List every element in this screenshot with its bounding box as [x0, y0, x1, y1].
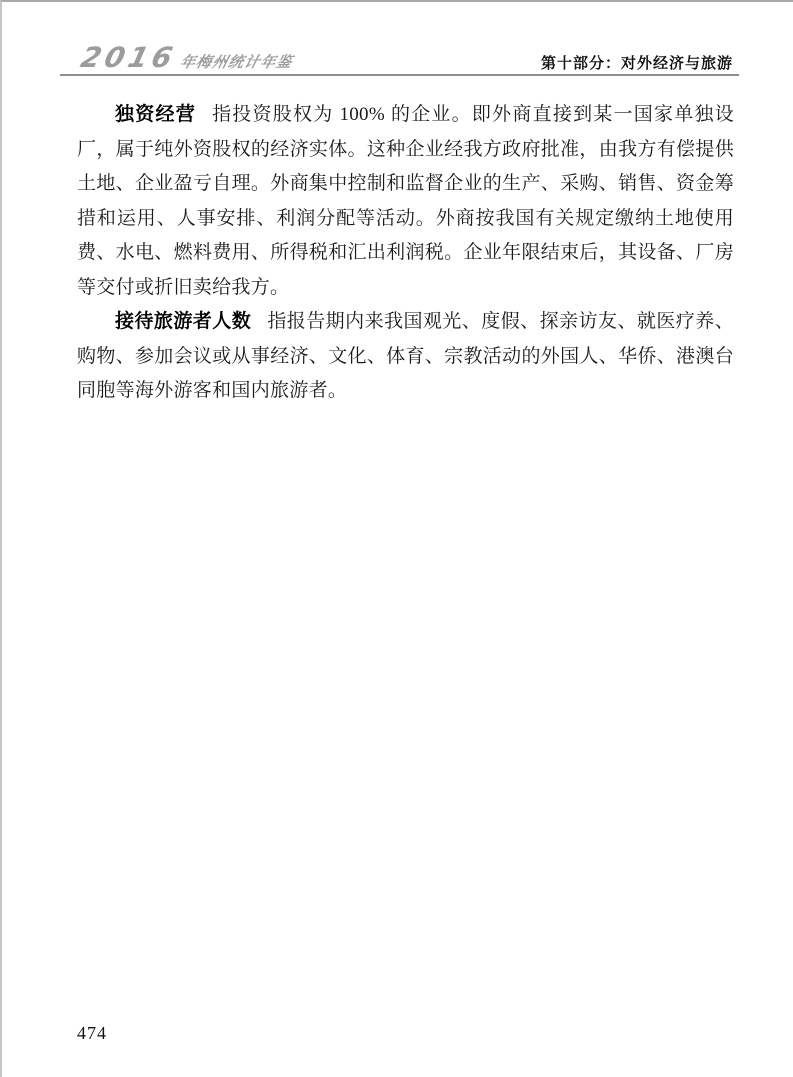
section-title: 第十部分：对外经济与旅游 — [541, 52, 733, 73]
yearbook-logo: 2016年梅州统计年鉴 — [78, 44, 297, 72]
definitions-body: 独资经营指投资股权为 100% 的企业。即外商直接到某一国家单独设厂，属于纯外资… — [77, 98, 734, 409]
term-sole-proprietorship: 独资经营 — [115, 104, 196, 125]
term-tourist-arrivals: 接待旅游者人数 — [115, 311, 251, 332]
definition-paragraph-sole-proprietorship: 独资经营指投资股权为 100% 的企业。即外商直接到某一国家单独设厂，属于纯外资… — [77, 98, 734, 305]
document-page: 2016年梅州统计年鉴 第十部分：对外经济与旅游 独资经营指投资股权为 100%… — [0, 0, 793, 1077]
definition-text-sole-proprietorship: 指投资股权为 100% 的企业。即外商直接到某一国家单独设厂，属于纯外资股权的经… — [77, 104, 734, 298]
logo-suffix-text: 年梅州统计年鉴 — [178, 53, 295, 71]
page-number: 474 — [77, 1023, 107, 1044]
logo-year-text: 2016 — [78, 41, 180, 74]
definition-paragraph-tourist-arrivals: 接待旅游者人数指报告期内来我国观光、度假、探亲访友、就医疗养、购物、参加会议或从… — [77, 305, 734, 409]
header-rule — [60, 74, 739, 76]
